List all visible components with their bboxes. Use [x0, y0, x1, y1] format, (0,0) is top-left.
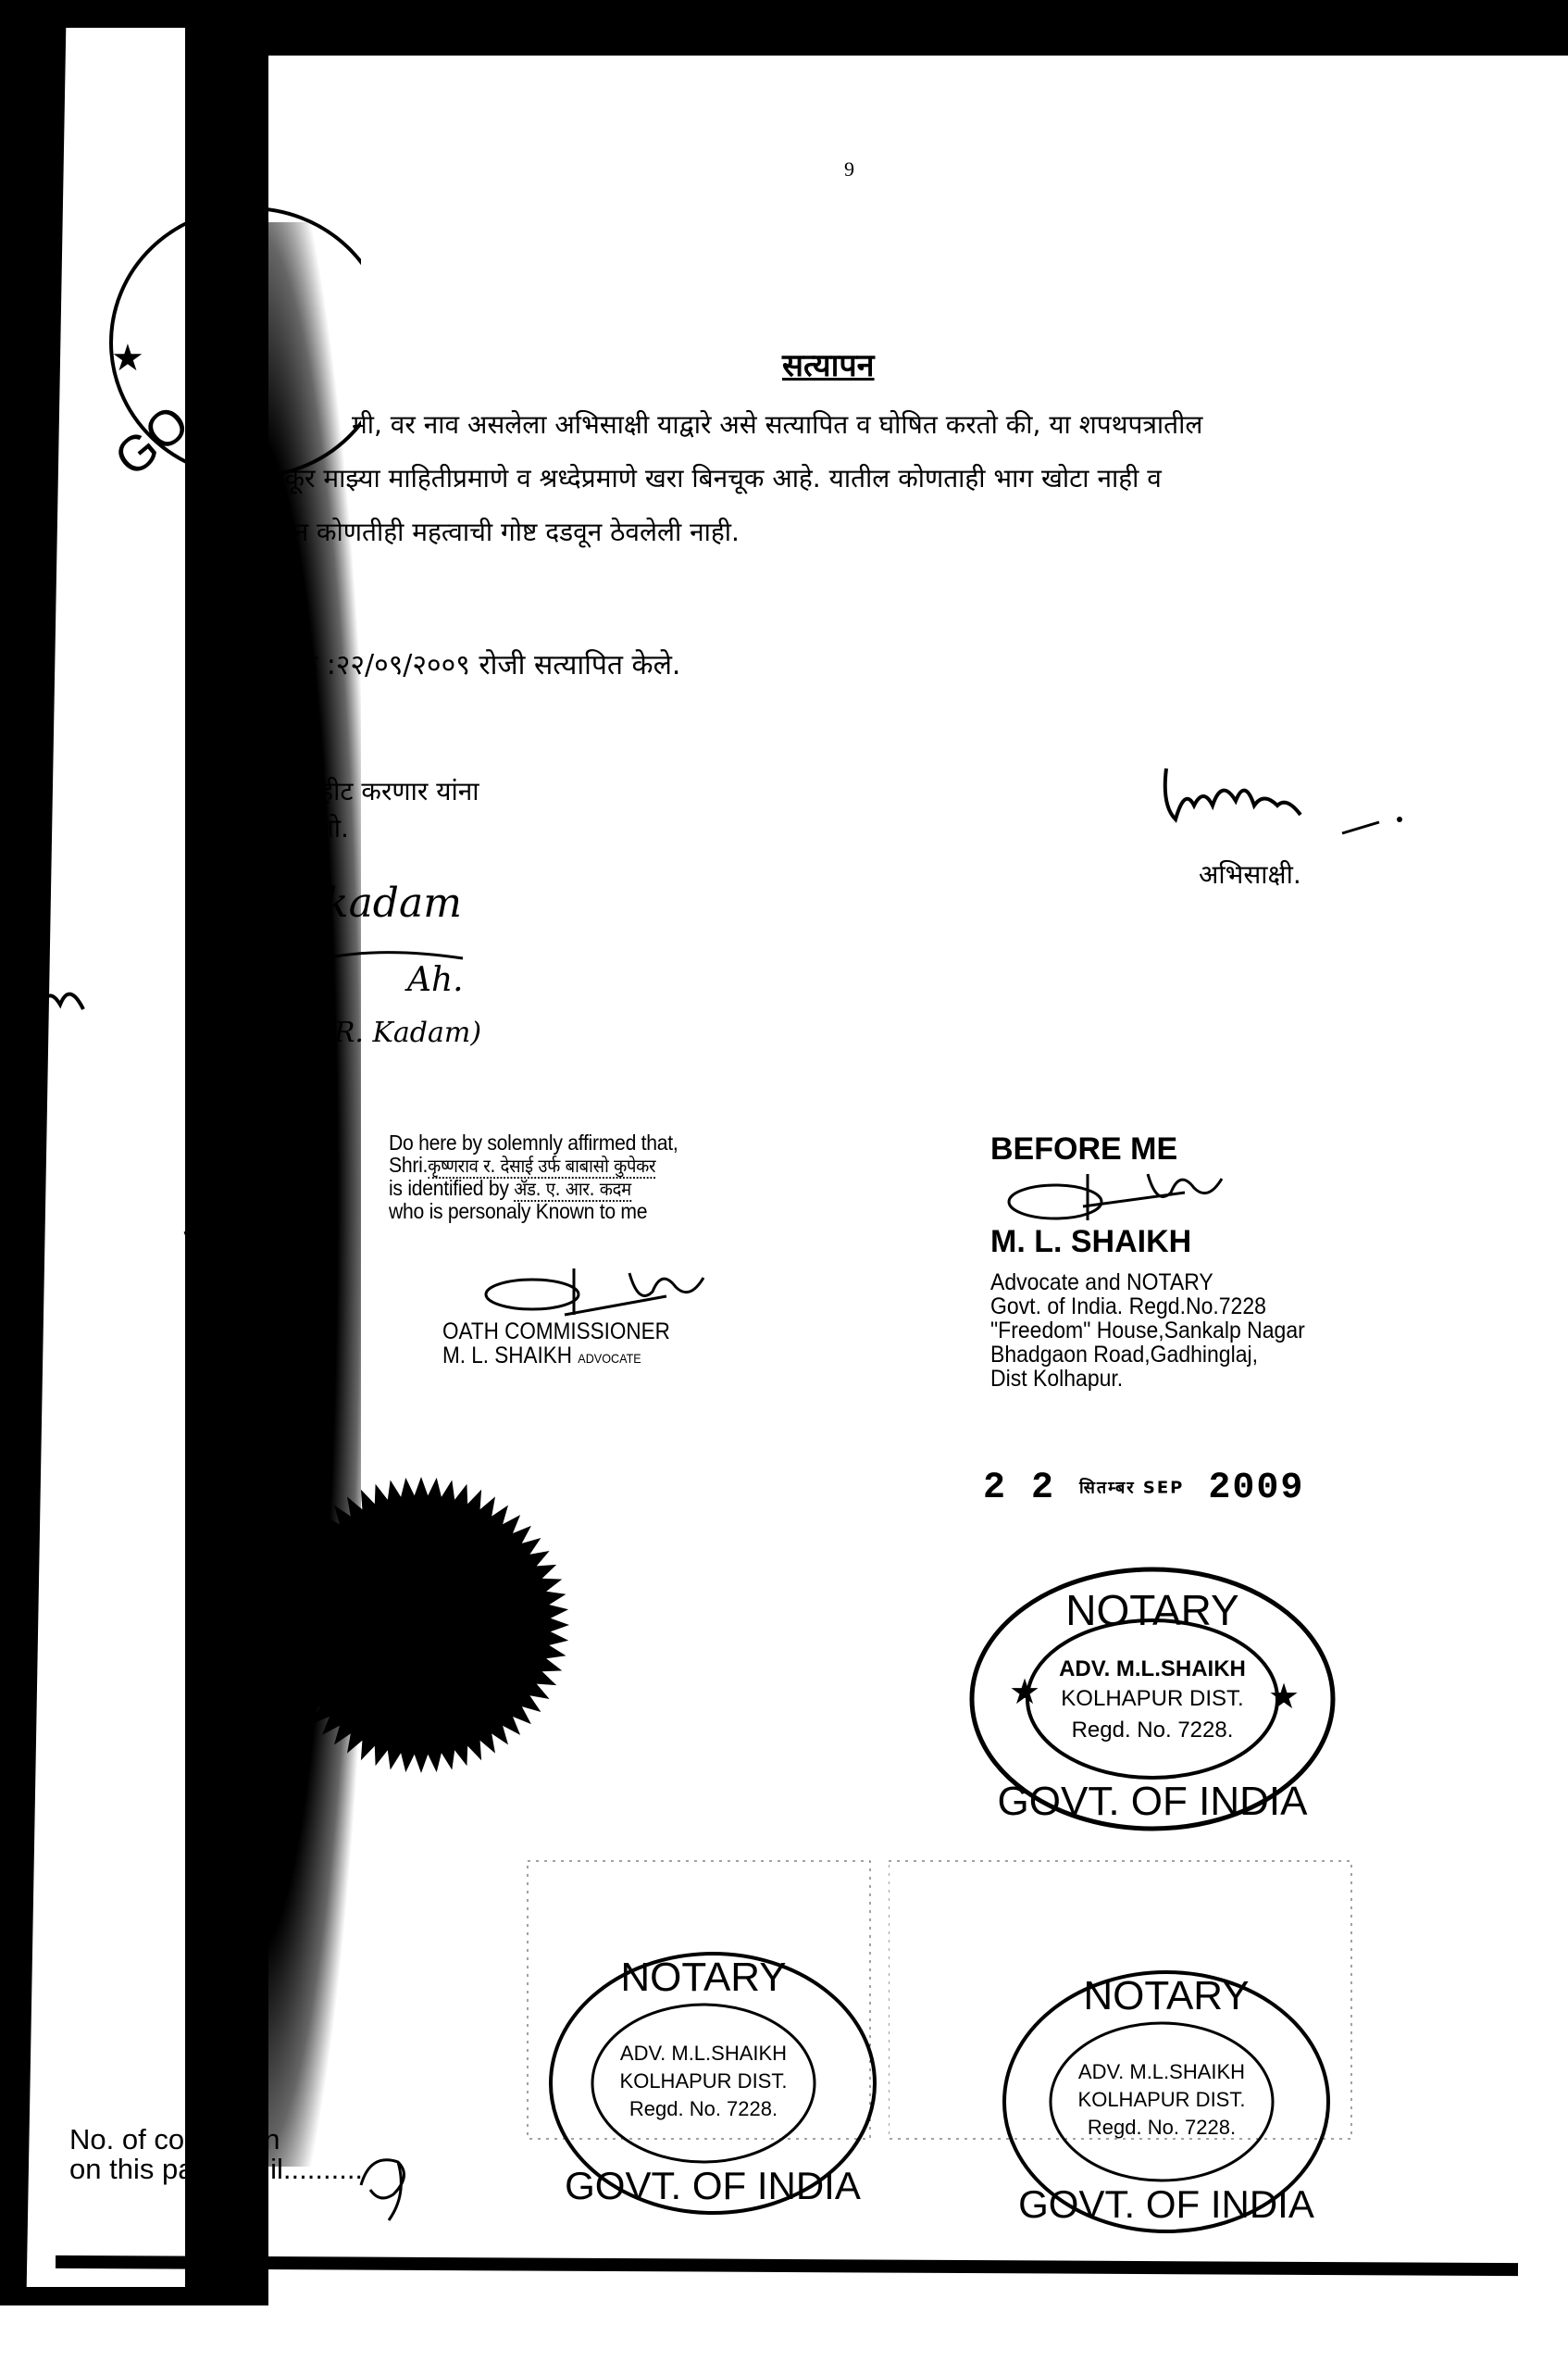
svg-text:★: ★: [1268, 1678, 1300, 1717]
embossed-seal: [268, 1472, 574, 1778]
certificate-line: who is personaly Known to me: [389, 1200, 678, 1222]
scan-margin: [0, 2305, 1568, 2374]
svg-text:NOTARY: NOTARY: [620, 1955, 786, 2000]
identification-line: ओळखतो.: [252, 810, 479, 847]
page-number: 9: [844, 157, 854, 181]
advocate-label: ॲडव्होकेट.: [239, 972, 334, 1006]
address-line: "Freedom" House,Sankalp Nagar: [990, 1318, 1305, 1343]
svg-text:NOTARY: NOTARY: [1065, 1586, 1238, 1634]
paragraph-line: मजकूर माझ्या माहितीप्रमाणे व श्रध्देप्रम…: [250, 452, 1425, 506]
notary-stamp: ★★ NOTARY ADV. M.L.SHAIKH KOLHAPUR DIST.…: [963, 1556, 1342, 1843]
svg-text:ADV. M.L.SHAIKH: ADV. M.L.SHAIKH: [1059, 1656, 1246, 1681]
svg-text:Regd. No. 7228.: Regd. No. 7228.: [1088, 2116, 1236, 2139]
correction-line: No. of correction: [69, 2125, 363, 2155]
date-stamp: 2 2 सितम्बर SEP 2009: [983, 1468, 1304, 1509]
correction-initials: [342, 2148, 426, 2222]
notary-name: M. L. SHAIKH: [990, 1224, 1191, 1260]
svg-text:KOLHAPUR DIST.: KOLHAPUR DIST.: [1061, 1686, 1243, 1711]
verification-date: दिनांक :२२/०९/२००९ रोजी सत्यापित केले.: [252, 639, 680, 693]
svg-text:GOVT. OF INDIA: GOVT. OF INDIA: [565, 2164, 861, 2207]
svg-text:NOTARY: NOTARY: [1083, 1973, 1249, 2018]
svg-text:GOVT. OF INDIA: GOVT. OF INDIA: [1018, 2182, 1314, 2226]
address-line: Bhadgaon Road,Gadhinglaj,: [990, 1343, 1305, 1367]
correction-note: No. of correction on this page ..Nil....…: [69, 2125, 363, 2184]
svg-text:ADV. M.L.SHAIKH: ADV. M.L.SHAIKH: [620, 2042, 787, 2065]
svg-text:GO: GO: [105, 394, 200, 487]
svg-text:KOLHAPUR DIST.: KOLHAPUR DIST.: [620, 2069, 788, 2093]
verification-paragraph: मी, वर नाव असलेला अभिसाक्षी याद्वारे असे…: [250, 398, 1425, 559]
certificate-line: Do here by solemnly affirmed that,: [389, 1131, 678, 1154]
paragraph-line: मी, वर नाव असलेला अभिसाक्षी याद्वारे असे…: [250, 398, 1425, 452]
address-line: Advocate and NOTARY: [990, 1270, 1305, 1294]
svg-text:Regd. No. 7228.: Regd. No. 7228.: [1072, 1718, 1234, 1743]
advocate-name: (Ad. A.R. Kadam): [239, 1017, 481, 1049]
svg-text:Ah.: Ah.: [404, 961, 464, 999]
oath-commissioner-block: OATH COMMISSIONER M. L. SHAIKH ADVOCATE: [442, 1319, 670, 1370]
oath-title: OATH COMMISSIONER: [442, 1319, 670, 1343]
svg-text:★: ★: [1009, 1673, 1040, 1712]
notary-signature: [1000, 1165, 1240, 1230]
margin-signature: [176, 1213, 342, 1268]
svg-text:KOLHAPUR DIST.: KOLHAPUR DIST.: [1078, 2088, 1246, 2111]
margin-signature: [19, 954, 130, 1028]
oath-name-line: M. L. SHAIKH ADVOCATE: [442, 1343, 670, 1370]
identification-note: ॲफिडेव्हीट करणार यांना ओळखतो.: [252, 773, 479, 847]
notary-stamp-on-stamp-paper-2: NOTARY ADV. M.L.SHAIKH KOLHAPUR DIST. Re…: [889, 1852, 1370, 2241]
correction-line: on this page ..Nil..........: [69, 2155, 363, 2184]
address-line: Dist Kolhapur.: [990, 1367, 1305, 1391]
svg-text:ADV. M.L.SHAIKH: ADV. M.L.SHAIKH: [1078, 2060, 1245, 2083]
certificate-line: is identified by ॲड. ए. आर. कदम: [389, 1177, 678, 1200]
advocate-signature: ARkadam: [264, 880, 462, 927]
paragraph-line: त्यातून कोणतीही महत्वाची गोष्ट दडवून ठेव…: [250, 506, 1425, 559]
identification-line: ॲफिडेव्हीट करणार यांना: [252, 773, 479, 810]
svg-text:Regd. No. 7228.: Regd. No. 7228.: [629, 2097, 778, 2120]
deponent-label: अभिसाक्षी.: [1199, 856, 1301, 892]
certificate-line: Shri.कृष्णराव र. देसाई उर्फ बाबासो कुपेक…: [389, 1154, 678, 1177]
page-title: सत्यापन: [782, 343, 875, 385]
notary-address: Advocate and NOTARY Govt. of India. Regd…: [990, 1270, 1305, 1391]
address-line: Govt. of India. Regd.No.7228: [990, 1294, 1305, 1318]
svg-text:★: ★: [111, 338, 144, 379]
before-me-heading: BEFORE ME: [990, 1131, 1177, 1168]
identification-certificate: Do here by solemnly affirmed that, Shri.…: [389, 1131, 678, 1222]
deponent-signature: [1157, 750, 1416, 843]
notary-stamp-on-stamp-paper-1: NOTARY ADV. M.L.SHAIKH KOLHAPUR DIST. Re…: [518, 1852, 907, 2222]
svg-text:GOVT. OF INDIA: GOVT. OF INDIA: [998, 1779, 1309, 1824]
